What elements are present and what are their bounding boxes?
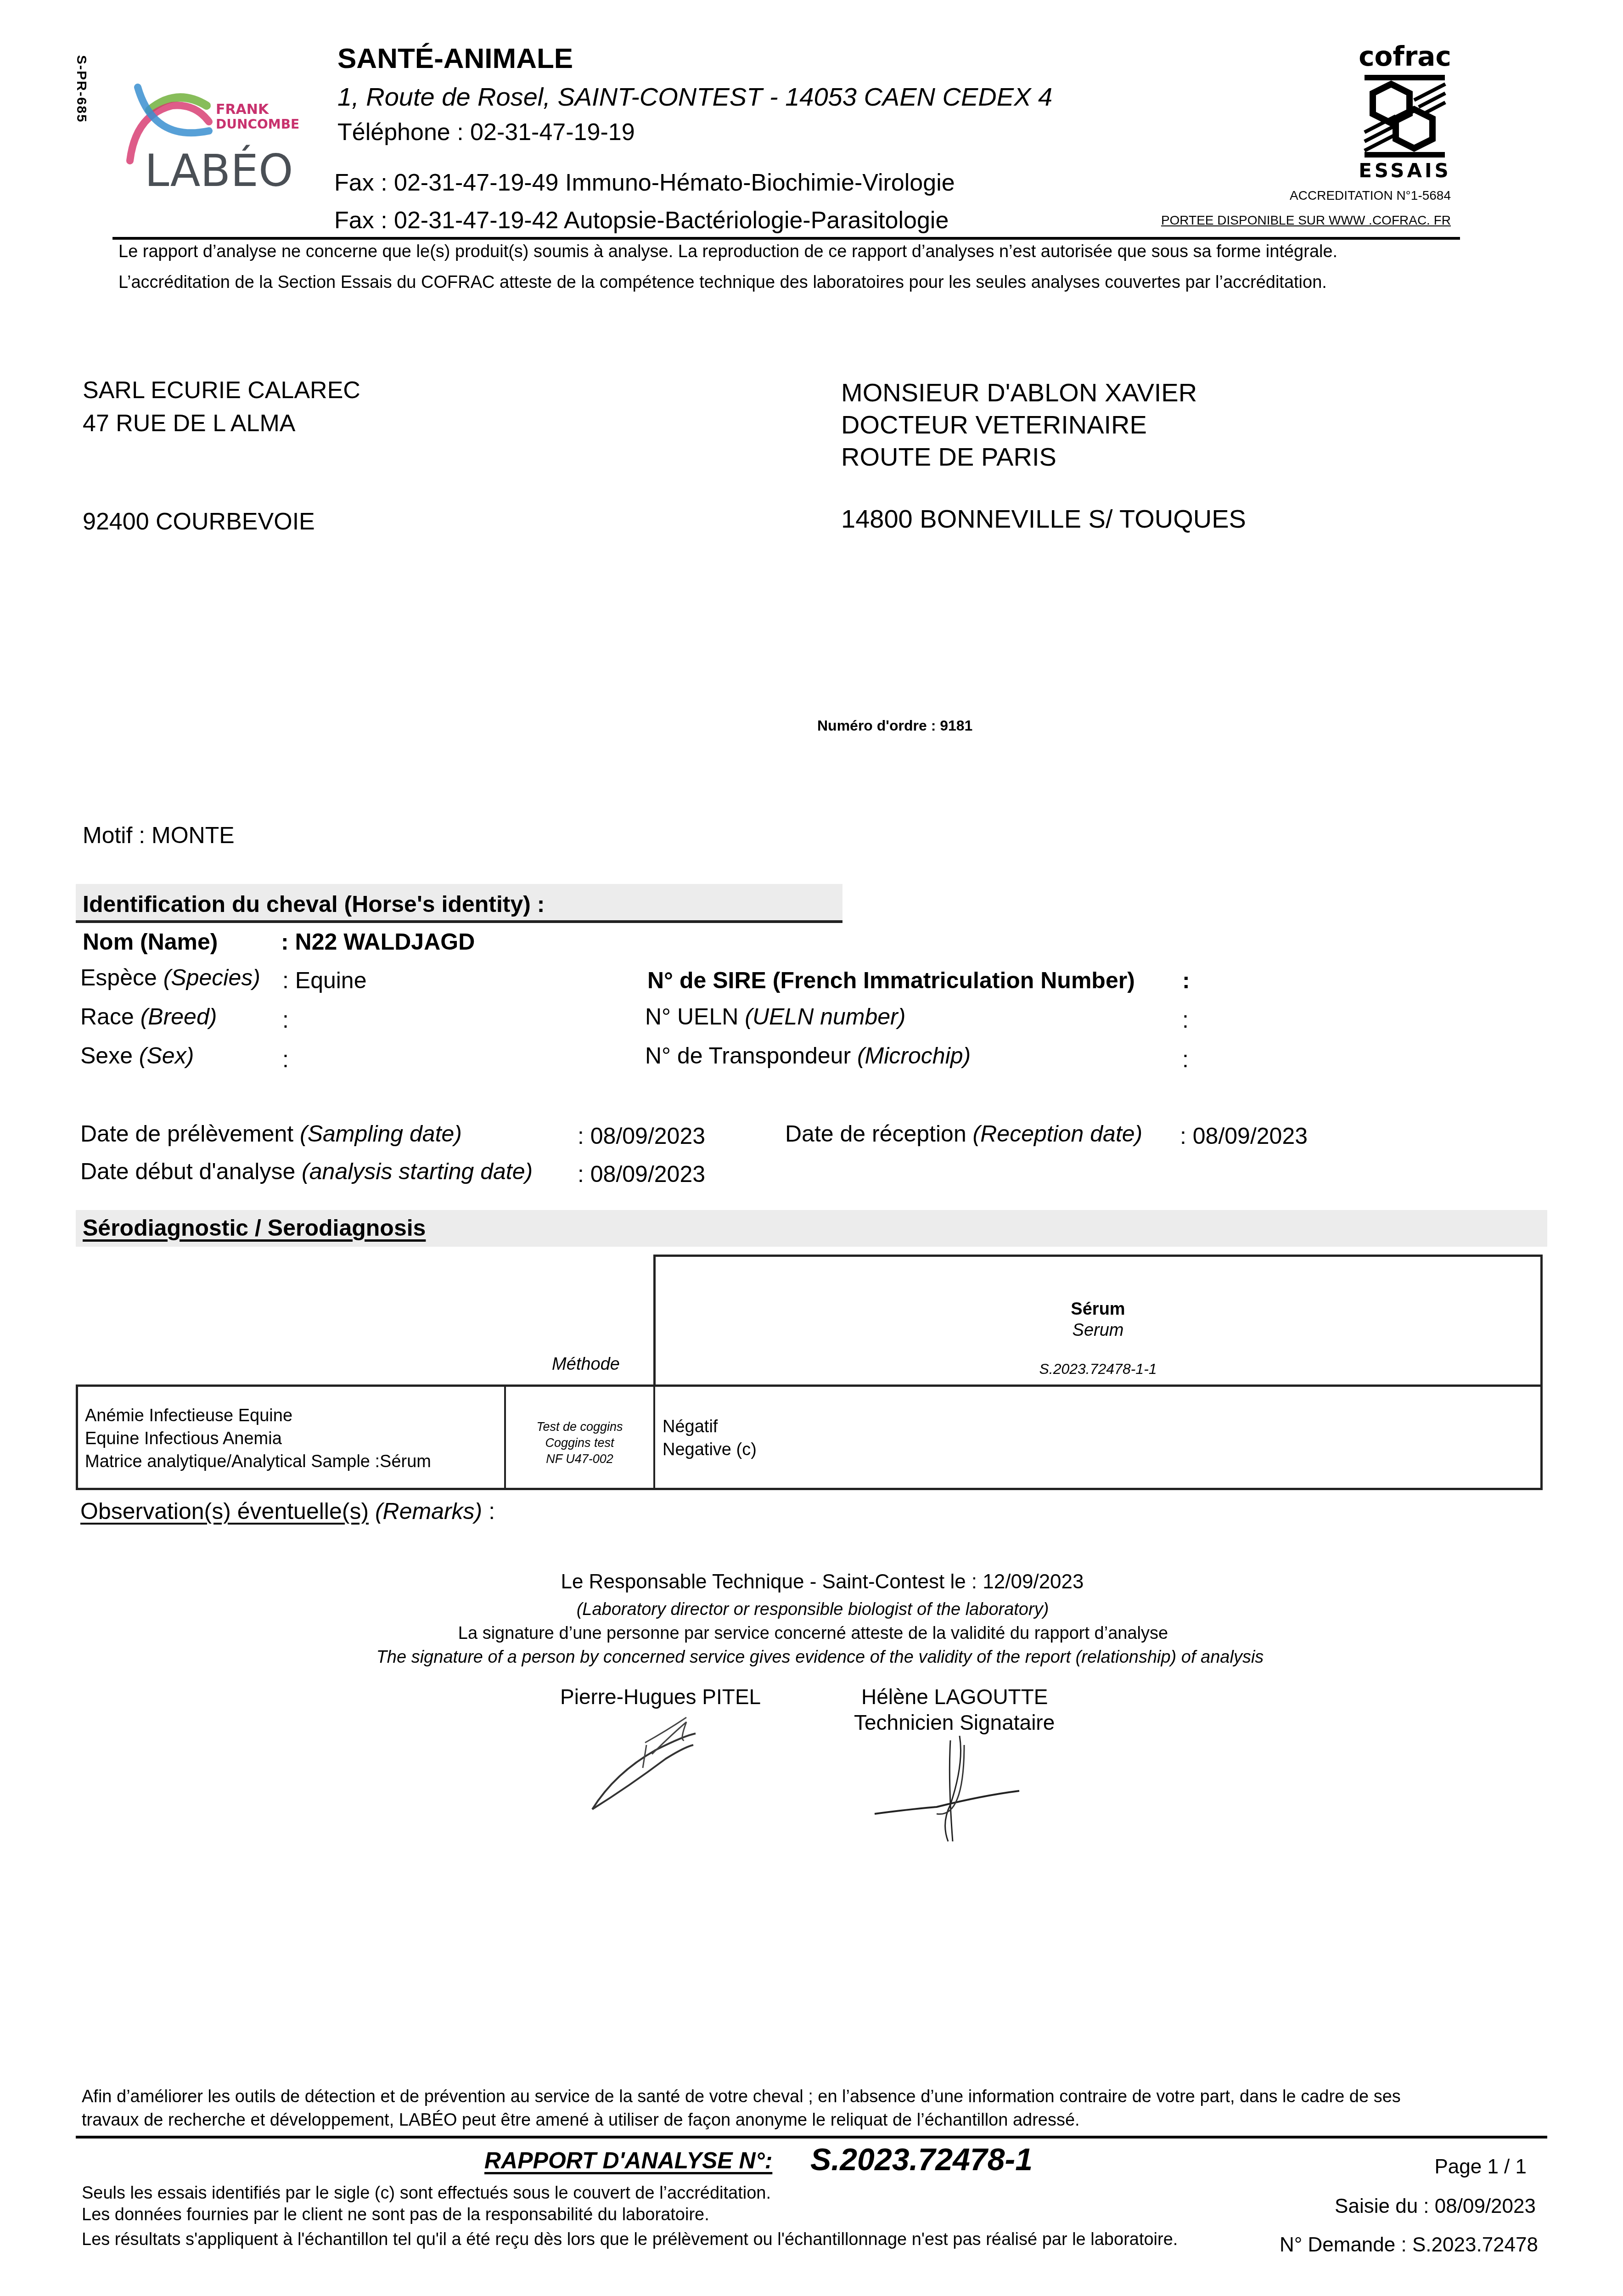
accreditation-number: ACCREDITATION N°1-5684 — [1290, 188, 1451, 203]
ueln-label-fr: N° UELN — [645, 1004, 745, 1030]
reception-date-value: : 08/09/2023 — [1180, 1123, 1308, 1149]
lab-address: 1, Route de Rosel, SAINT-CONTEST - 14053… — [337, 82, 1052, 112]
director-line: (Laboratory director or responsible biol… — [0, 1600, 1623, 1620]
transponder-label: N° de Transpondeur (Microchip) — [645, 1042, 971, 1069]
entry-date: Saisie du : 08/09/2023 — [1335, 2195, 1536, 2218]
remarks-label: Observation(s) éventuelle(s) — [80, 1498, 369, 1524]
sampling-date-label: Date de prélèvement (Sampling date) — [80, 1120, 462, 1147]
signer2-name: Hélène LAGOUTTE — [861, 1684, 1048, 1709]
lab-fax-immuno: Fax : 02-31-47-19-49 Immuno-Hémato-Bioch… — [334, 169, 955, 197]
labeo-logo: FRANK DUNCOMBE LABÉO — [117, 78, 324, 193]
sample-header-en: Serum — [653, 1321, 1543, 1340]
svg-text:ESSAIS: ESSAIS — [1359, 159, 1451, 178]
footer-note-results: Les résultats s'appliquent à l'échantill… — [82, 2230, 1178, 2250]
species-label-en: (Species) — [163, 965, 260, 990]
lab-phone: Téléphone : 02-31-47-19-19 — [337, 118, 635, 146]
client-street: 47 RUE DE L ALMA — [83, 410, 295, 437]
signature-pitel-icon — [588, 1708, 753, 1828]
request-number: N° Demande : S.2023.72478 — [1280, 2234, 1538, 2257]
breed-label-fr: Race — [80, 1004, 140, 1030]
report-number-label: RAPPORT D'ANALYSE N°: — [484, 2147, 772, 2174]
vet-name: MONSIEUR D'ABLON XAVIER — [841, 377, 1197, 407]
transponder-label-fr: N° de Transpondeur — [645, 1043, 857, 1069]
remarks-suffix: : — [482, 1498, 495, 1524]
signer2-role: Technicien Signataire — [854, 1710, 1055, 1735]
remarks: Observation(s) éventuelle(s) (Remarks) : — [80, 1498, 495, 1525]
research-note-line2: travaux de recherche et développement, L… — [82, 2110, 1080, 2130]
analysis-name-fr: Anémie Infectieuse Equine — [85, 1406, 292, 1426]
signature-validity-fr: La signature d’une personne par service … — [0, 1624, 1623, 1643]
sex-label-en: (Sex) — [139, 1043, 194, 1069]
svg-text:FRANK: FRANK — [216, 101, 270, 118]
cofrac-essais-icon: cofrac ESSAIS — [1359, 40, 1451, 178]
vet-city: 14800 BONNEVILLE S/ TOUQUES — [841, 504, 1246, 534]
species-value: : Equine — [282, 967, 366, 994]
document-code: S-PR-685 — [73, 55, 89, 123]
vet-title: DOCTEUR VETERINAIRE — [841, 410, 1147, 439]
lab-fax-autopsie: Fax : 02-31-47-19-42 Autopsie-Bactériolo… — [334, 207, 949, 234]
cofrac-scope-link[interactable]: PORTEE DISPONIBLE SUR WWW .COFRAC. FR — [1161, 213, 1451, 228]
signature-validity-en: The signature of a person by concerned s… — [0, 1648, 1623, 1667]
order-number: Numéro d'ordre : 9181 — [817, 717, 972, 734]
svg-text:DUNCOMBE: DUNCOMBE — [216, 117, 299, 132]
sex-value: : — [282, 1046, 289, 1073]
responsible-technician-line: Le Responsable Technique - Saint-Contest… — [0, 1570, 1623, 1593]
vet-street: ROUTE DE PARIS — [841, 442, 1056, 472]
analysis-start-date-value: : 08/09/2023 — [578, 1161, 705, 1187]
labeo-swoosh-icon: FRANK DUNCOMBE LABÉO — [117, 78, 324, 193]
ueln-label: N° UELN (UELN number) — [645, 1003, 905, 1030]
ueln-value: : — [1182, 1007, 1189, 1033]
breed-value: : — [282, 1007, 289, 1033]
lab-title: SANTÉ-ANIMALE — [337, 42, 573, 75]
page-indicator: Page 1 / 1 — [1434, 2155, 1527, 2178]
analysis-start-date-label-fr: Date début d'analyse — [80, 1159, 302, 1184]
disclaimer-accreditation: L’accréditation de la Section Essais du … — [118, 273, 1327, 293]
method-column-header: Méthode — [505, 1355, 620, 1374]
signer1-name: Pierre-Hugues PITEL — [560, 1684, 761, 1709]
result-fr: Négatif — [663, 1417, 718, 1437]
transponder-value: : — [1182, 1046, 1189, 1073]
research-note-line1: Afin d’améliorer les outils de détection… — [82, 2087, 1401, 2107]
serodiagnosis-section-title: Sérodiagnostic / Serodiagnosis — [83, 1215, 426, 1241]
species-label-fr: Espèce — [80, 965, 163, 990]
sample-header-fr: Sérum — [653, 1300, 1543, 1319]
reception-date-label: Date de réception (Reception date) — [785, 1120, 1142, 1147]
table-row — [76, 1384, 1543, 1490]
name-value: : N22 WALDJAGD — [281, 929, 475, 955]
method-fr: Test de coggins — [506, 1420, 653, 1434]
breed-label: Race (Breed) — [80, 1003, 217, 1030]
analysis-start-date-label-en: (analysis starting date) — [302, 1159, 533, 1184]
sampling-date-label-en: (Sampling date) — [300, 1121, 462, 1147]
ueln-label-en: (UELN number) — [745, 1004, 905, 1030]
analysis-name-en: Equine Infectious Anemia — [85, 1429, 282, 1449]
sex-label-fr: Sexe — [80, 1043, 139, 1069]
table-column-divider — [653, 1384, 655, 1490]
remarks-label-en: (Remarks) — [369, 1498, 482, 1524]
breed-label-en: (Breed) — [140, 1004, 217, 1030]
reception-date-label-fr: Date de réception — [785, 1121, 973, 1147]
svg-text:LABÉO: LABÉO — [145, 145, 293, 193]
motif: Motif : MONTE — [83, 822, 235, 849]
svg-text:cofrac: cofrac — [1359, 41, 1451, 72]
sire-label: N° de SIRE (French Immatriculation Numbe… — [647, 967, 1135, 994]
header-divider — [112, 237, 1460, 240]
sample-id: S.2023.72478-1-1 — [653, 1361, 1543, 1378]
method-standard: NF U47-002 — [506, 1452, 653, 1466]
signature-lagoutte-icon — [872, 1736, 1047, 1846]
footer-divider — [76, 2136, 1547, 2138]
transponder-label-en: (Microchip) — [857, 1043, 971, 1069]
result-en: Negative (c) — [663, 1440, 757, 1460]
client-name: SARL ECURIE CALAREC — [83, 377, 360, 404]
name-label: Nom (Name) — [83, 929, 218, 955]
analysis-start-date-label: Date début d'analyse (analysis starting … — [80, 1158, 533, 1185]
sire-value: : — [1182, 967, 1190, 994]
sex-label: Sexe (Sex) — [80, 1042, 194, 1069]
species-label: Espèce (Species) — [80, 964, 260, 991]
identity-section-title: Identification du cheval (Horse's identi… — [83, 891, 545, 917]
method-en: Coggins test — [506, 1436, 653, 1450]
client-city: 92400 COURBEVOIE — [83, 508, 315, 535]
disclaimer-reproduction: Le rapport d’analyse ne concerne que le(… — [118, 242, 1337, 262]
footer-note-client-data: Les données fournies par le client ne so… — [82, 2205, 709, 2225]
report-number: S.2023.72478-1 — [810, 2142, 1033, 2178]
analysis-matrix: Matrice analytique/Analytical Sample :Sé… — [85, 1452, 431, 1472]
sampling-date-value: : 08/09/2023 — [578, 1123, 705, 1149]
cofrac-logo: cofrac ESSAIS — [1359, 40, 1451, 178]
footer-note-accreditation: Seuls les essais identifiés par le sigle… — [82, 2183, 771, 2203]
reception-date-label-en: (Reception date) — [973, 1121, 1143, 1147]
sampling-date-label-fr: Date de prélèvement — [80, 1121, 300, 1147]
